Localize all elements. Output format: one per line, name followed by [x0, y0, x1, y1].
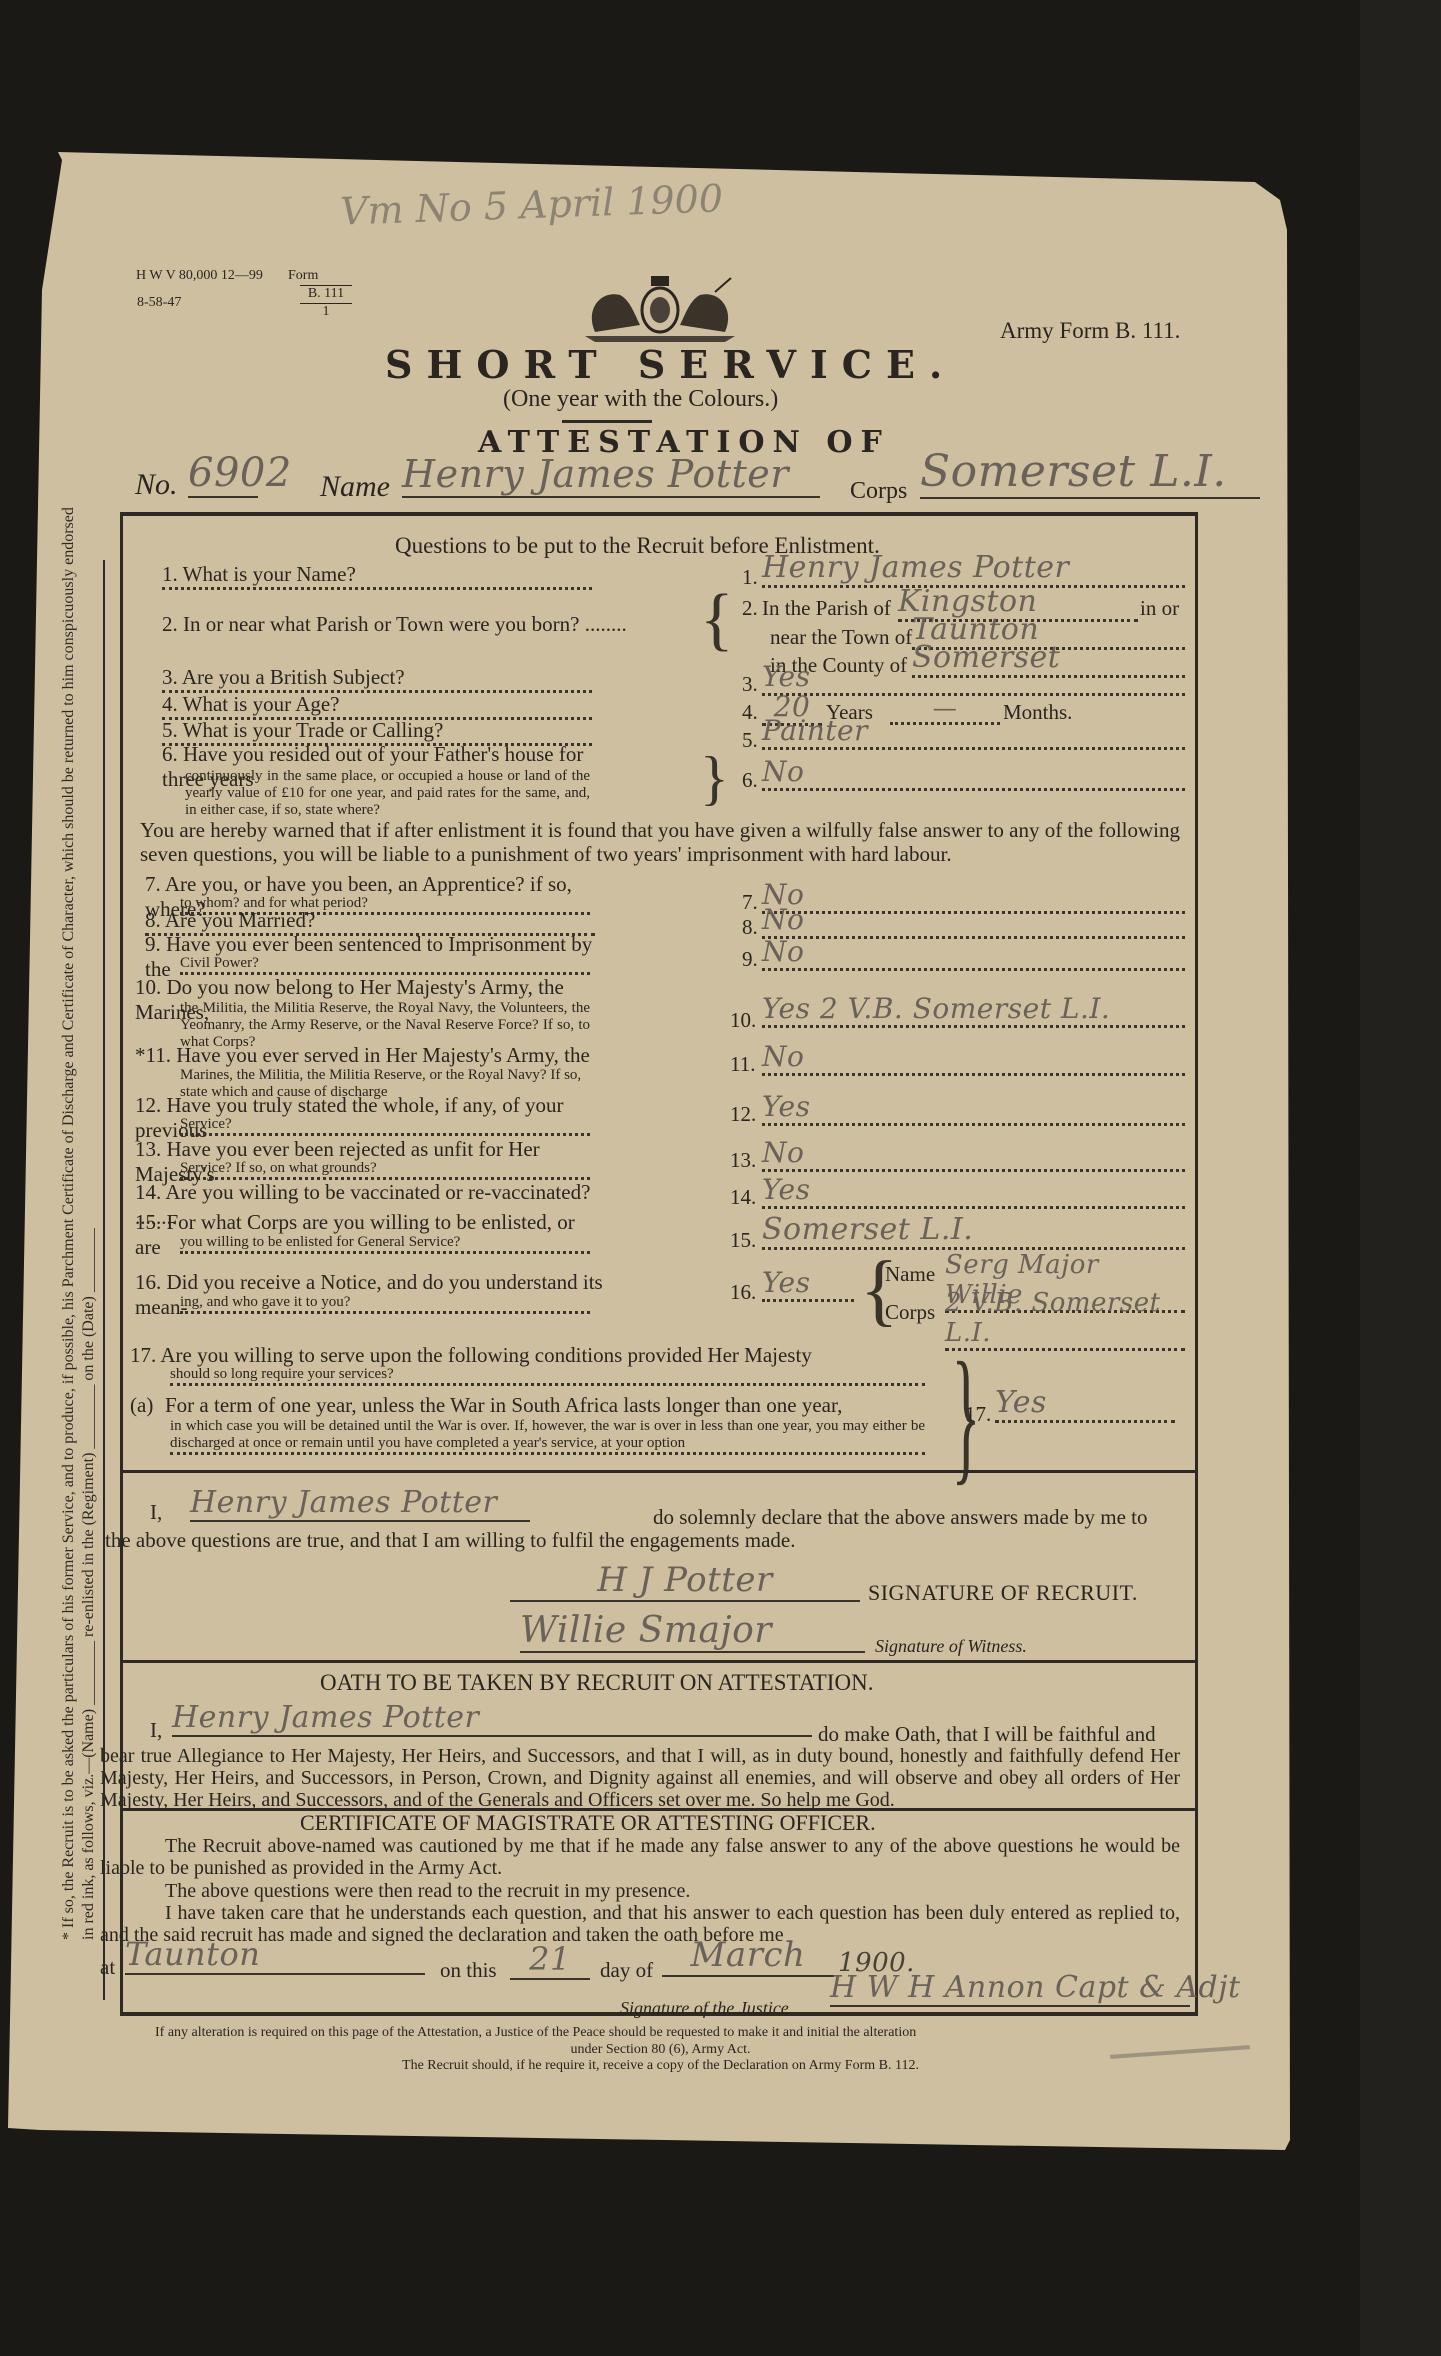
answer-3[interactable]: Yes: [762, 660, 1185, 696]
box-right-border: [1195, 512, 1198, 2012]
answer-14-num: 14.: [730, 1185, 756, 1210]
oath-heading: OATH TO BE TAKEN BY RECRUIT ON ATTESTATI…: [320, 1670, 873, 1696]
question-16-subtext: ing, and who gave it to you?: [180, 1294, 590, 1314]
answer-12-num: 12.: [730, 1102, 756, 1127]
brace-6: }: [700, 748, 729, 808]
answer-9[interactable]: No: [762, 935, 1185, 971]
answer-10[interactable]: Yes 2 V.B. Somerset L.I.: [762, 992, 1185, 1028]
question-13-subtext: Service? If so, on what grounds?: [180, 1160, 590, 1180]
answer-13[interactable]: No: [762, 1136, 1185, 1172]
question-17a-text: For a term of one year, unless the War i…: [165, 1393, 935, 1418]
answer-11[interactable]: No: [762, 1040, 1185, 1076]
print-code-line1: H W V 80,000 12—99: [136, 268, 263, 284]
justice-signature-label: Signature of the Justice: [620, 1998, 789, 2019]
answer-1-num: 1.: [742, 565, 758, 590]
notice-name-label: Name: [885, 1262, 935, 1287]
answer-15[interactable]: Somerset L.I.: [762, 1212, 1185, 1250]
answer-9-num: 9.: [742, 947, 758, 972]
parish-label: In the Parish of: [762, 596, 891, 621]
answer-8[interactable]: No: [762, 903, 1185, 939]
background-board: [1360, 0, 1441, 2356]
recruit-signature[interactable]: H J Potter: [510, 1560, 860, 1602]
brace-2: {: [700, 585, 734, 655]
army-form-label: Army Form B. 111.: [1000, 318, 1180, 344]
name-label: Name: [320, 470, 390, 504]
oath-text-after: do make Oath, that I will be faithful an…: [818, 1722, 1156, 1747]
corps-value: Somerset L.I.: [920, 446, 1260, 499]
declaration-name[interactable]: Henry James Potter: [190, 1485, 530, 1522]
declaration-text: do solemnly declare that the above answe…: [653, 1505, 1148, 1530]
question-17a-label: (a): [130, 1393, 153, 1418]
month-value[interactable]: March: [662, 1935, 834, 1977]
answer-15-num: 15.: [730, 1228, 756, 1253]
notice-corps-label: Corps: [885, 1300, 935, 1325]
form-title: SHORT SERVICE.: [385, 342, 956, 387]
margin-note-line1: * If so, the Recruit is to be asked the …: [60, 380, 78, 1940]
answer-5[interactable]: Painter: [762, 714, 1185, 750]
question-17: 17. Are you willing to serve upon the fo…: [130, 1343, 930, 1368]
title-rule: [562, 420, 652, 423]
warning-paragraph: You are hereby warned that if after enli…: [140, 818, 1180, 866]
form-label: Form: [288, 268, 318, 284]
question-15-subtext: you willing to be enlisted for General S…: [180, 1234, 590, 1254]
question-12-subtext: Service?: [180, 1116, 590, 1136]
margin-note-line2: in red ink, as follows, viz.—(Name) ____…: [80, 640, 98, 1940]
section-divider-2: [120, 1660, 1198, 1663]
question-2: 2. In or near what Parish or Town were y…: [162, 612, 627, 637]
answer-4-num: 4.: [742, 700, 758, 725]
answer-3-num: 3.: [742, 672, 758, 697]
notice-corps-value[interactable]: 2 V.B. Somerset L.I.: [945, 1288, 1185, 1351]
question-11: *11. Have you ever served in Her Majesty…: [135, 1043, 605, 1068]
question-9-subtext: Civil Power?: [180, 955, 590, 975]
royal-coat-of-arms-icon: [575, 270, 745, 342]
certificate-para1: The Recruit above-named was cautioned by…: [100, 1835, 1180, 1879]
question-4: 4. What is your Age?: [162, 692, 592, 720]
recruit-signature-label: SIGNATURE OF RECRUIT.: [868, 1580, 1138, 1606]
day-value[interactable]: 21: [510, 1940, 590, 1980]
answer-6-num: 6.: [742, 768, 758, 793]
no-value: 6902: [188, 450, 258, 498]
certificate-heading: CERTIFICATE OF MAGISTRATE OR ATTESTING O…: [300, 1810, 876, 1836]
birthplace-num: 2.: [742, 596, 758, 621]
answer-16-num: 16.: [730, 1280, 756, 1305]
question-17a-subtext: in which case you will be detained until…: [170, 1418, 925, 1455]
answer-10-num: 10.: [730, 1008, 756, 1033]
section-divider-1: [120, 1470, 1198, 1473]
footer-line1: If any alteration is required on this pa…: [155, 2025, 916, 2041]
question-6-subtext: continuously in the same place, or occup…: [185, 768, 590, 819]
oath-name[interactable]: Henry James Potter: [172, 1700, 812, 1737]
no-label: No.: [135, 468, 178, 502]
answer-12[interactable]: Yes: [762, 1090, 1185, 1126]
corps-label: Corps: [850, 478, 907, 505]
footer-line3: The Recruit should, if he require it, re…: [0, 2058, 1441, 2074]
answer-16[interactable]: Yes: [762, 1266, 854, 1302]
answer-14[interactable]: Yes: [762, 1173, 1185, 1209]
form-fraction-top: B. 111: [300, 285, 352, 302]
declaration-text-line2: the above questions are true, and that I…: [105, 1528, 795, 1553]
print-code-line2: 8-58-47: [137, 295, 181, 311]
answer-8-num: 8.: [742, 915, 758, 940]
answer-6[interactable]: No: [762, 755, 1185, 791]
margin-rule: [103, 560, 105, 2000]
at-value[interactable]: Taunton: [125, 1935, 425, 1975]
question-1: 1. What is your Name?: [162, 562, 592, 590]
oath-i-label: I,: [150, 1718, 162, 1743]
name-value: Henry James Potter: [402, 452, 820, 498]
box-top-border: [120, 512, 1198, 516]
witness-signature[interactable]: Willie Smajor: [520, 1610, 865, 1653]
answer-11-num: 11.: [730, 1052, 755, 1077]
answer-1[interactable]: Henry James Potter: [762, 550, 1185, 588]
oath-body: bear true Allegiance to Her Majesty, Her…: [100, 1745, 1180, 1811]
declaration-i-label: I,: [150, 1500, 162, 1525]
form-fraction-bottom: 1: [300, 303, 352, 320]
certificate-para2: The above questions were then read to th…: [165, 1880, 690, 1903]
witness-signature-label: Signature of Witness.: [875, 1636, 1027, 1657]
question-3: 3. Are you a British Subject?: [162, 665, 592, 693]
answer-17-num: 17.: [965, 1402, 991, 1427]
answer-5-num: 5.: [742, 728, 758, 753]
justice-signature[interactable]: H W H Annon Capt & Adjt: [830, 1970, 1190, 2007]
town-label: near the Town of: [770, 625, 912, 650]
day-of-label: day of: [600, 1958, 653, 1983]
form-subtitle: (One year with the Colours.): [503, 386, 778, 413]
answer-17[interactable]: Yes: [995, 1385, 1175, 1423]
answer-7-num: 7.: [742, 890, 758, 915]
on-this-label: on this: [440, 1958, 497, 1983]
answer-13-num: 13.: [730, 1148, 756, 1173]
question-17-subtext: should so long require your services?: [170, 1366, 925, 1386]
